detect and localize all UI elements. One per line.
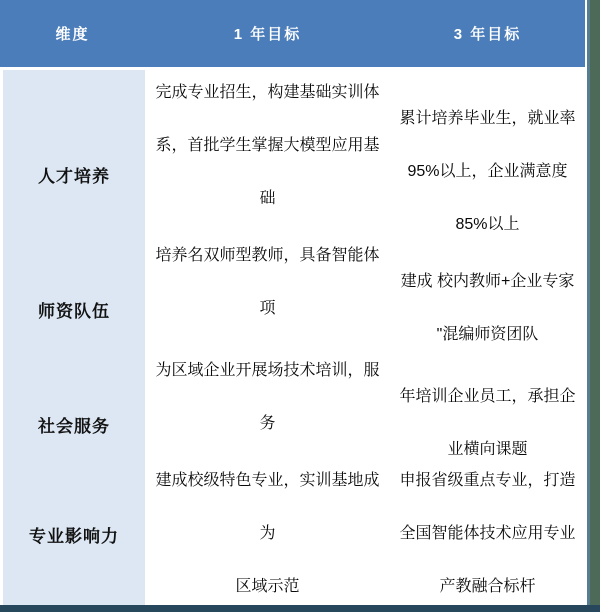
goals-table: 维度 1 年目标 3 年目标 人才培养 完成专业招生，构建基础实训体 系，首批学…	[0, 0, 585, 605]
table-row-social-service: 社会服务 为区域企业开展场技术培训，服务 企业 年培训企业员工，承担企 业横向课…	[0, 345, 585, 455]
right-edge-border	[585, 0, 600, 612]
header-cell-year1-goal: 1 年目标	[145, 0, 390, 67]
table-row-teaching-staff: 师资队伍 培养名双师型教师，具备智能体项 目开发能力 建成 校内教师+企业专家 …	[0, 230, 585, 345]
year1-goal-cell: 建成校级特色专业，实训基地成为 区域示范	[145, 455, 390, 612]
dimension-label: 专业影响力	[0, 455, 145, 612]
goals-table-page: 维度 1 年目标 3 年目标 人才培养 完成专业招生，构建基础实训体 系，首批学…	[0, 0, 600, 612]
table-row-professional-influence: 专业影响力 建成校级特色专业，实训基地成为 区域示范 申报省级重点专业，打造 全…	[0, 455, 585, 605]
header-cell-dimension: 维度	[0, 0, 145, 67]
bottom-edge-border	[0, 605, 600, 612]
table-header-row: 维度 1 年目标 3 年目标	[0, 0, 585, 67]
table-row-talent-cultivation: 人才培养 完成专业招生，构建基础实训体 系，首批学生掌握大模型应用基础 能力 累…	[0, 67, 585, 230]
header-cell-year3-goal: 3 年目标	[390, 0, 585, 67]
year3-goal-cell: 申报省级重点专业，打造 全国智能体技术应用专业 产教融合标杆	[390, 455, 585, 612]
